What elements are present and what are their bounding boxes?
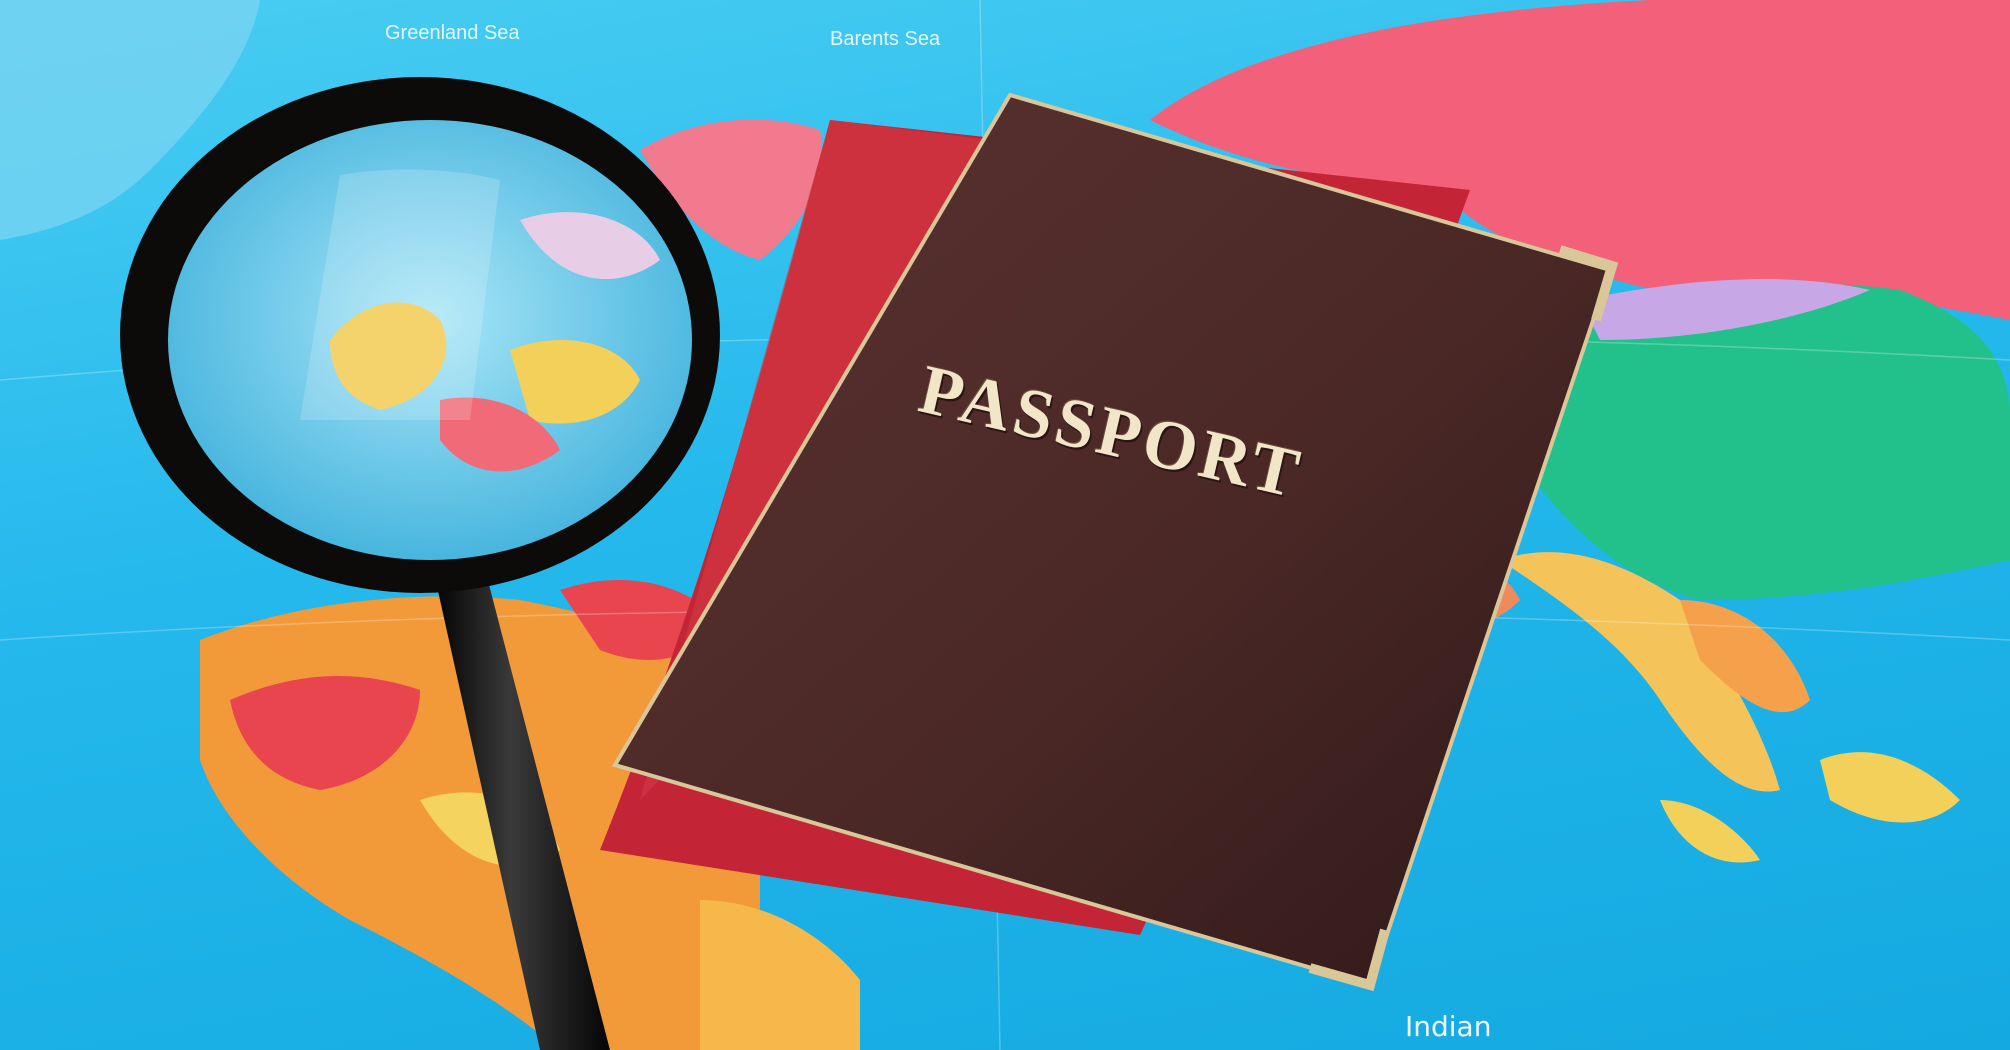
leather-passport [0,0,2010,1050]
photo-scene: Greenland Sea Barents Sea Indian [0,0,2010,1050]
